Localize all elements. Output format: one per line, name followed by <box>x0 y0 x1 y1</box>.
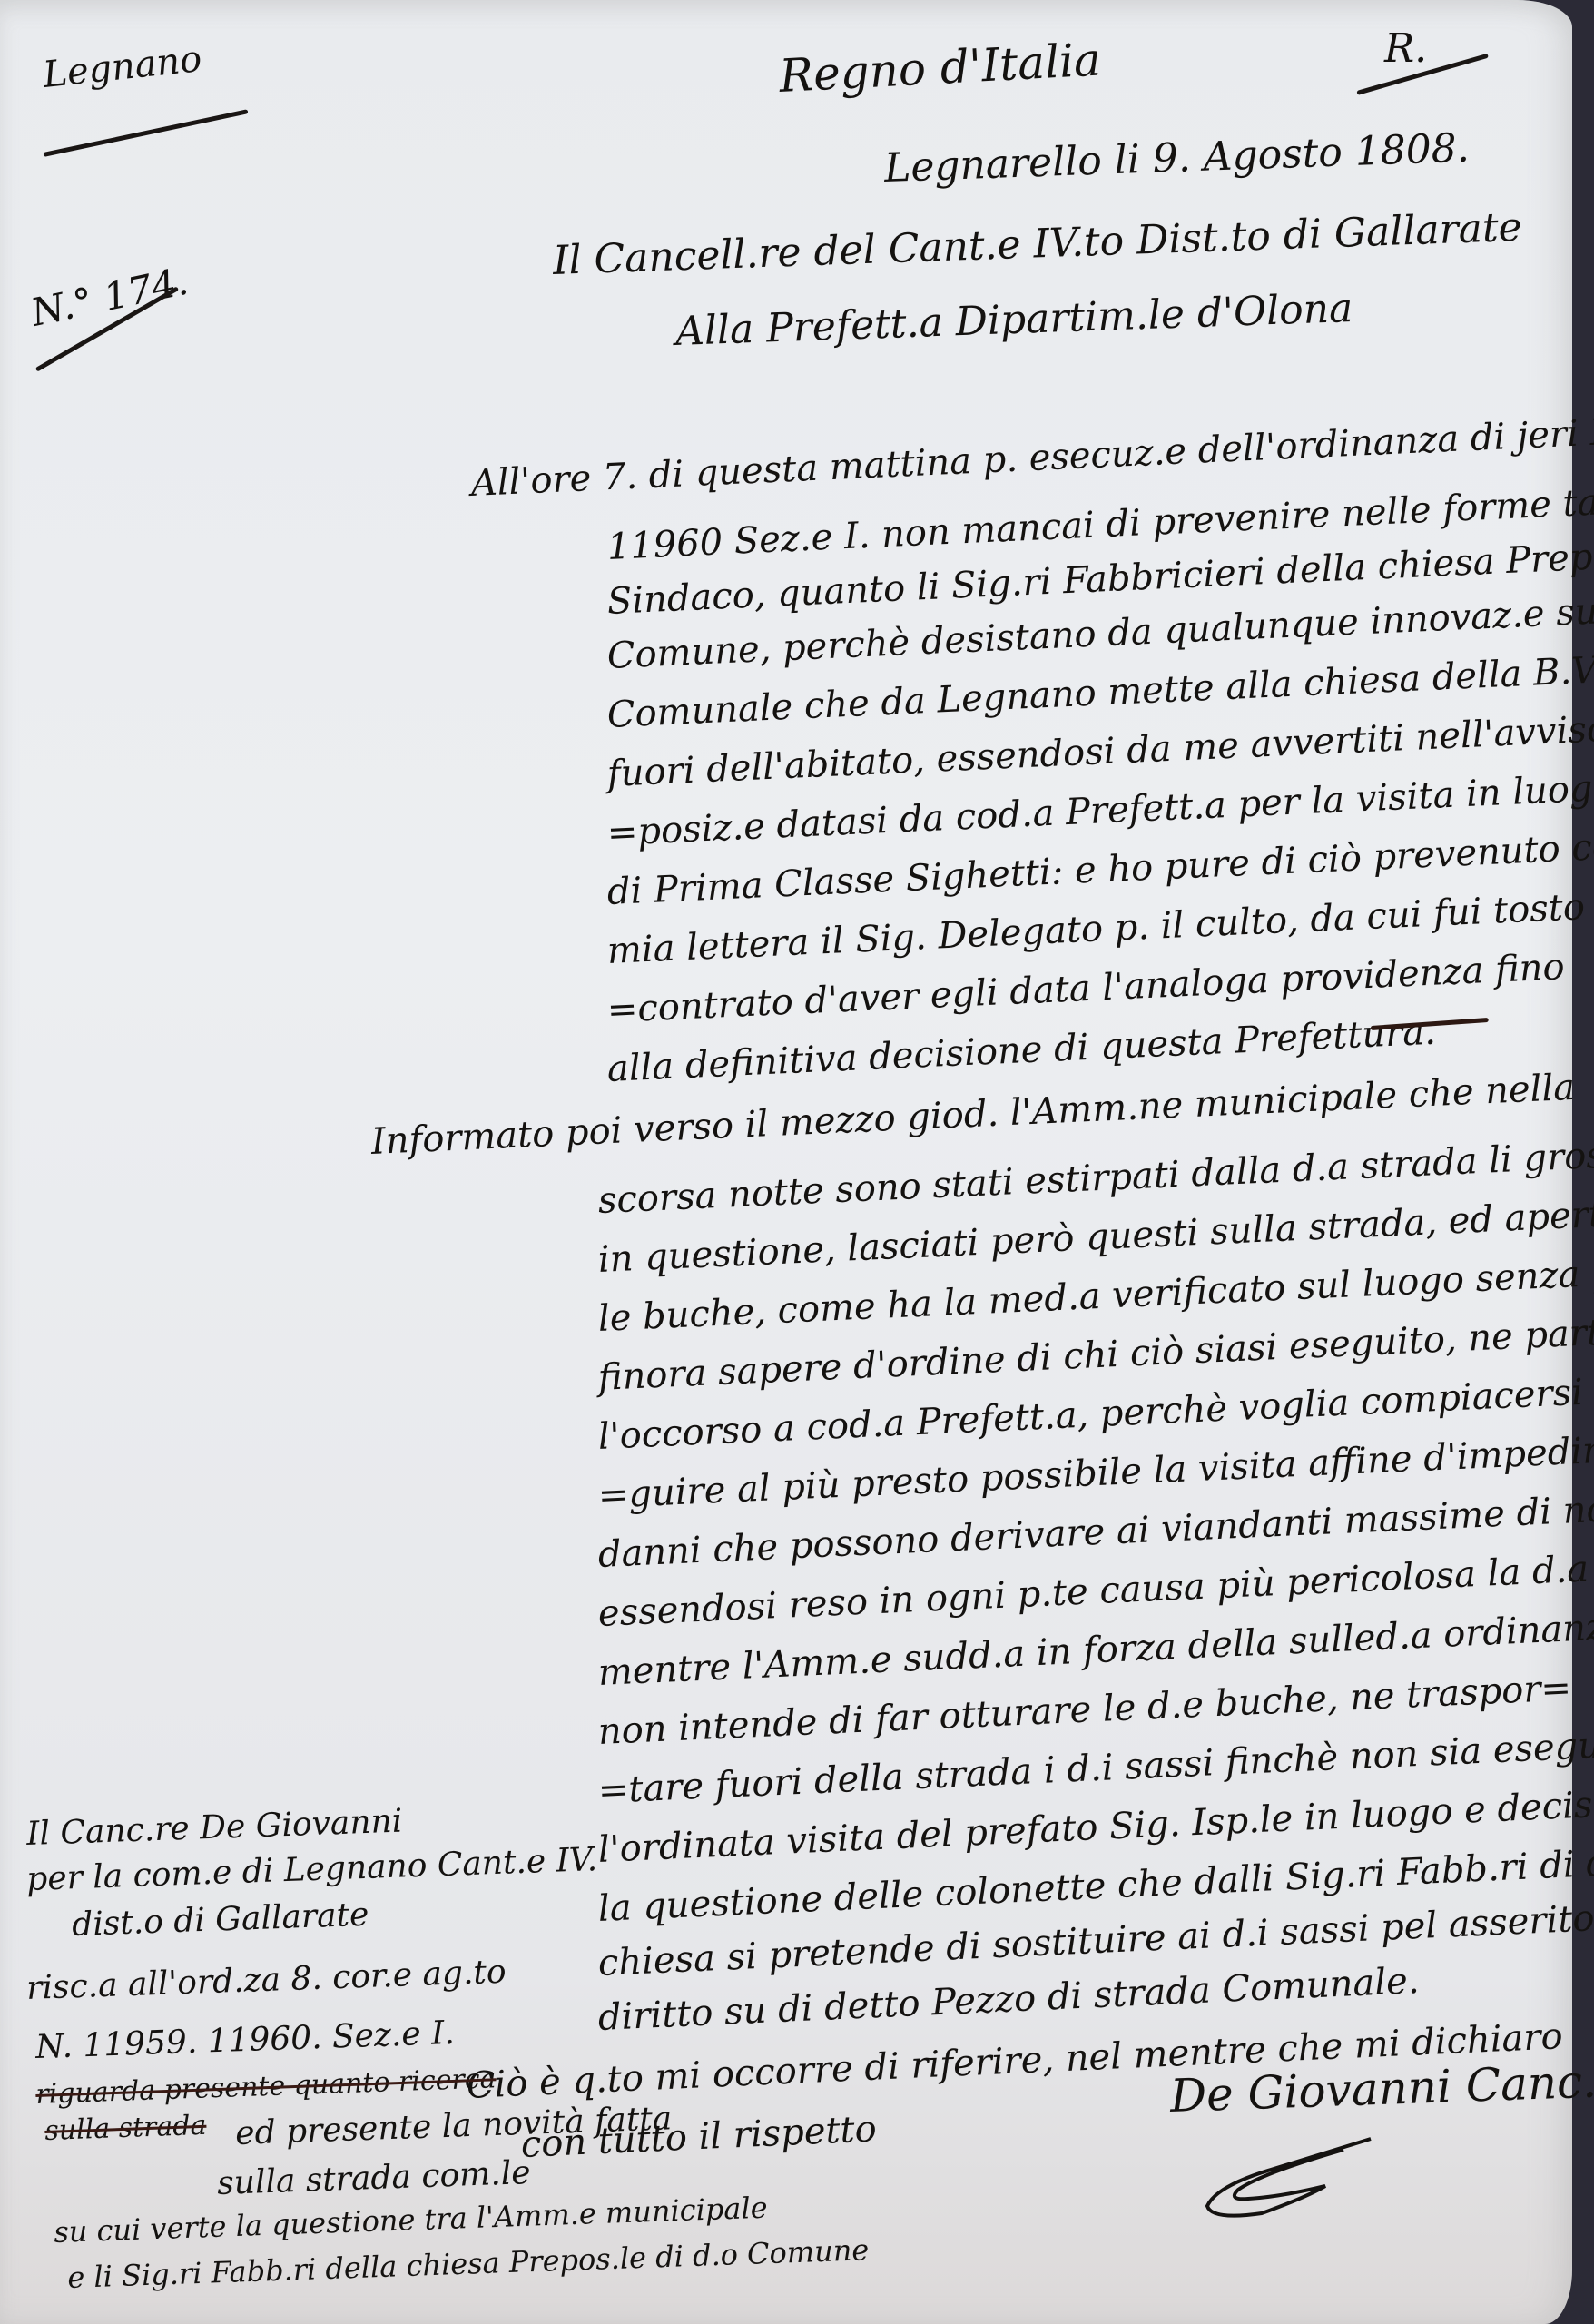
corner-mark: R. <box>1384 25 1427 72</box>
margin-line: dist.o di Gallarate <box>72 1896 369 1944</box>
place-underline <box>43 109 248 157</box>
place-left: Legnano <box>41 38 203 96</box>
header-title: Regno d'Italia <box>778 34 1102 103</box>
document-page: Legnano Regno d'Italia R. Legnarello li … <box>0 0 1572 2324</box>
margin-line-struck: sulla strada <box>44 2110 207 2147</box>
signature-flourish <box>1162 2133 1434 2233</box>
margin-line-struck: riguarda presente quanto ricerca <box>35 2063 497 2111</box>
margin-line: sulla strada com.le <box>217 2154 532 2202</box>
dateline: Legnarello li 9. Agosto 1808. <box>883 125 1470 192</box>
margin-line: Il Canc.re De Giovanni <box>26 1803 403 1853</box>
margin-line: N. 11959. 11960. Sez.e I. <box>35 2014 456 2066</box>
margin-line: risc.a all'ord.za 8. cor.e ag.to <box>26 1954 507 2007</box>
recipient-line: Alla Prefett.a Dipartim.le d'Olona <box>674 285 1353 355</box>
sender-line: Il Cancell.re del Cant.e IV.to Dist.to d… <box>552 204 1522 284</box>
